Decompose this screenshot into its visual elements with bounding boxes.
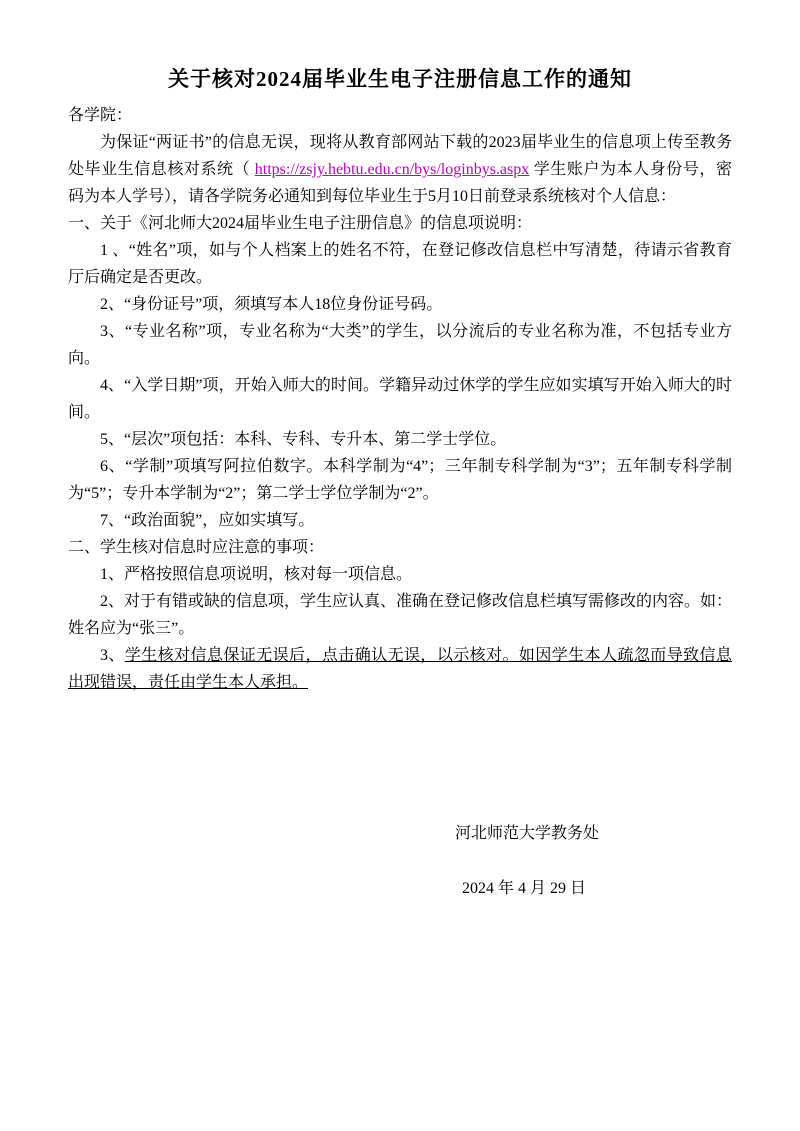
intro-paragraph: 为保证“两证书”的信息无误，现将从教育部网站下载的2023届毕业生的信息项上传至…: [68, 129, 732, 210]
section1-item-1: 1 、“姓名”项，如与个人档案上的姓名不符，在登记修改信息栏中写清楚，待请示省教…: [68, 237, 732, 291]
section2-item-2: 2、对于有错或缺的信息项，学生应认真、准确在登记修改信息栏填写需修改的内容。如：…: [68, 588, 732, 642]
section1-item-6: 6、“学制”项填写阿拉伯数字。本科学制为“4”；三年制专科学制为“3”；五年制专…: [68, 453, 732, 507]
section1-item-2: 2、“身份证号”项，须填写本人18位身份证号码。: [68, 291, 732, 318]
section2-item-3: 3、学生核对信息保证无误后，点击确认无误，以示核对。如因学生本人疏忽而导致信息出…: [68, 642, 732, 696]
section1-item-5: 5、“层次”项包括：本科、专科、专升本、第二学士学位。: [68, 426, 732, 453]
section2-item-3-number: 3、: [100, 647, 125, 664]
registration-system-link[interactable]: https://zsjy.hebtu.edu.cn/bys/loginbys.a…: [255, 161, 530, 178]
section2-item-3-underlined-text: 学生核对信息保证无误后，点击确认无误，以示核对。如因学生本人疏忽而导致信息出现错…: [68, 647, 732, 691]
salutation: 各学院：: [68, 102, 732, 129]
section1-item-7: 7、“政治面貌”，应如实填写。: [68, 507, 732, 534]
section1-heading: 一、关于《河北师大2024届毕业生电子注册信息》的信息项说明：: [68, 210, 732, 237]
document-title: 关于核对2024届毕业生电子注册信息工作的通知: [68, 64, 732, 94]
section2-heading: 二、学生核对信息时应注意的事项：: [68, 534, 732, 561]
notice-document-page: 关于核对2024届毕业生电子注册信息工作的通知 各学院： 为保证“两证书”的信息…: [0, 0, 800, 1131]
date-line: 2024 年 4 月 29 日: [68, 875, 732, 902]
section1-item-3: 3、“专业名称”项，专业名称为“大类”的学生，以分流后的专业名称为准，不包括专业…: [68, 318, 732, 372]
section2-item-1: 1、严格按照信息项说明，核对每一项信息。: [68, 561, 732, 588]
section1-item-4: 4、“入学日期”项，开始入师大的时间。学籍异动过休学的学生应如实填写开始入师大的…: [68, 372, 732, 426]
signature: 河北师范大学教务处: [68, 820, 732, 847]
